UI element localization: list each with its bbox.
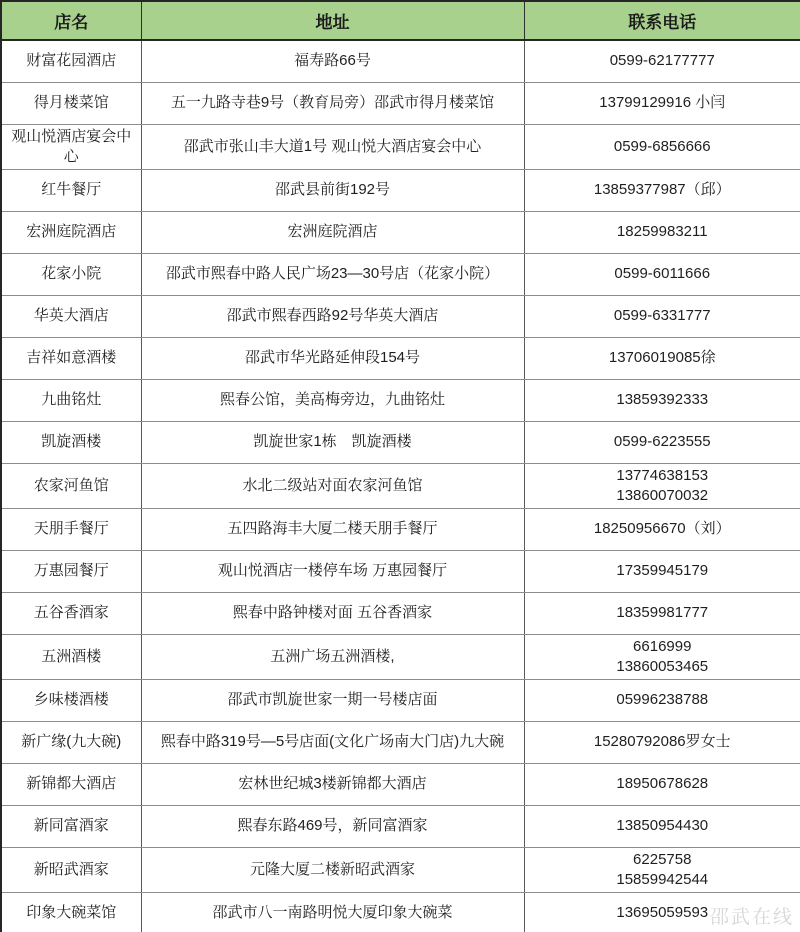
store-name-cell: 万惠园餐厅: [1, 550, 141, 592]
restaurant-contact-table: 店名 地址 联系电话 财富花园酒店 福寿路66号 0599-62177777 得…: [0, 0, 800, 932]
address-cell: 五四路海丰大厦二楼天朋手餐厅: [141, 508, 524, 550]
store-name-cell: 得月楼菜馆: [1, 82, 141, 124]
address-cell: 五一九路寺巷9号（教育局旁）邵武市得月楼菜馆: [141, 82, 524, 124]
table-header: 店名 地址 联系电话: [1, 1, 800, 40]
address-cell: 邵武市张山丰大道1号 观山悦大酒店宴会中心: [141, 124, 524, 169]
store-name-cell: 观山悦酒店宴会中心: [1, 124, 141, 169]
address-cell: 邵武市八一南路明悦大厦印象大碗菜: [141, 892, 524, 932]
phone-cell: 6225758 15859942544: [524, 847, 800, 892]
address-cell: 熙春中路钟楼对面 五谷香酒家: [141, 592, 524, 634]
store-name-cell: 五洲酒楼: [1, 634, 141, 679]
address-cell: 邵武市熙春中路人民广场23—30号店（花家小院）: [141, 253, 524, 295]
phone-cell: 13706019085徐: [524, 337, 800, 379]
phone-cell: 18950678628: [524, 763, 800, 805]
table-row: 农家河鱼馆 水北二级站对面农家河鱼馆 13774638153 138600700…: [1, 463, 800, 508]
store-name-cell: 财富花园酒店: [1, 40, 141, 82]
table-row: 红牛餐厅 邵武县前街192号 13859377987（邱）: [1, 169, 800, 211]
table-row: 花家小院 邵武市熙春中路人民广场23—30号店（花家小院） 0599-60116…: [1, 253, 800, 295]
phone-cell: 05996238788: [524, 679, 800, 721]
phone-cell: 13799129916 小闫: [524, 82, 800, 124]
phone-cell: 13859392333: [524, 379, 800, 421]
phone-cell: 13850954430: [524, 805, 800, 847]
address-cell: 熙春中路319号—5号店面(文化广场南大门店)九大碗: [141, 721, 524, 763]
phone-cell: 0599-6011666: [524, 253, 800, 295]
table-row: 华英大酒店 邵武市熙春西路92号华英大酒店 0599-6331777: [1, 295, 800, 337]
restaurant-contact-page: 店名 地址 联系电话 财富花园酒店 福寿路66号 0599-62177777 得…: [0, 0, 800, 932]
address-cell: 邵武市华光路延伸段154号: [141, 337, 524, 379]
store-name-cell: 华英大酒店: [1, 295, 141, 337]
table-row: 观山悦酒店宴会中心 邵武市张山丰大道1号 观山悦大酒店宴会中心 0599-685…: [1, 124, 800, 169]
phone-cell: 15280792086罗女士: [524, 721, 800, 763]
address-cell: 熙春东路469号，新同富酒家: [141, 805, 524, 847]
store-name-cell: 红牛餐厅: [1, 169, 141, 211]
table-row: 乡味楼酒楼 邵武市凯旋世家一期一号楼店面 05996238788: [1, 679, 800, 721]
table-row: 五谷香酒家 熙春中路钟楼对面 五谷香酒家 18359981777: [1, 592, 800, 634]
table-row: 天朋手餐厅 五四路海丰大厦二楼天朋手餐厅 18250956670（刘）: [1, 508, 800, 550]
table-row: 新广缘(九大碗) 熙春中路319号—5号店面(文化广场南大门店)九大碗 1528…: [1, 721, 800, 763]
store-name-cell: 乡味楼酒楼: [1, 679, 141, 721]
store-name-cell: 凯旋酒楼: [1, 421, 141, 463]
store-name-cell: 五谷香酒家: [1, 592, 141, 634]
table-row: 凯旋酒楼 凯旋世家1栋 凯旋酒楼 0599-6223555: [1, 421, 800, 463]
phone-cell: 0599-62177777: [524, 40, 800, 82]
table-row: 新昭武酒家 元隆大厦二楼新昭武酒家 6225758 15859942544: [1, 847, 800, 892]
address-cell: 凯旋世家1栋 凯旋酒楼: [141, 421, 524, 463]
table-row: 财富花园酒店 福寿路66号 0599-62177777: [1, 40, 800, 82]
store-name-cell: 吉祥如意酒楼: [1, 337, 141, 379]
address-cell: 观山悦酒店一楼停车场 万惠园餐厅: [141, 550, 524, 592]
store-name-cell: 新锦都大酒店: [1, 763, 141, 805]
table-row: 吉祥如意酒楼 邵武市华光路延伸段154号 13706019085徐: [1, 337, 800, 379]
store-name-cell: 印象大碗菜馆: [1, 892, 141, 932]
table-row: 新同富酒家 熙春东路469号，新同富酒家 13850954430: [1, 805, 800, 847]
phone-cell: 13859377987（邱）: [524, 169, 800, 211]
address-cell: 元隆大厦二楼新昭武酒家: [141, 847, 524, 892]
table-body: 财富花园酒店 福寿路66号 0599-62177777 得月楼菜馆 五一九路寺巷…: [1, 40, 800, 932]
phone-cell: 0599-6331777: [524, 295, 800, 337]
column-header-address: 地址: [141, 1, 524, 40]
address-cell: 宏林世纪城3楼新锦都大酒店: [141, 763, 524, 805]
store-name-cell: 宏洲庭院酒店: [1, 211, 141, 253]
address-cell: 邵武县前街192号: [141, 169, 524, 211]
table-row: 五洲酒楼 五洲广场五洲酒楼, 6616999 13860053465: [1, 634, 800, 679]
address-cell: 邵武市凯旋世家一期一号楼店面: [141, 679, 524, 721]
column-header-phone: 联系电话: [524, 1, 800, 40]
column-header-store-name: 店名: [1, 1, 141, 40]
address-cell: 水北二级站对面农家河鱼馆: [141, 463, 524, 508]
phone-cell: 0599-6856666: [524, 124, 800, 169]
table-row: 新锦都大酒店 宏林世纪城3楼新锦都大酒店 18950678628: [1, 763, 800, 805]
phone-cell: 18250956670（刘）: [524, 508, 800, 550]
store-name-cell: 农家河鱼馆: [1, 463, 141, 508]
phone-cell: 13774638153 13860070032: [524, 463, 800, 508]
phone-cell: 17359945179: [524, 550, 800, 592]
phone-cell: 6616999 13860053465: [524, 634, 800, 679]
address-cell: 福寿路66号: [141, 40, 524, 82]
store-name-cell: 新同富酒家: [1, 805, 141, 847]
table-row: 印象大碗菜馆 邵武市八一南路明悦大厦印象大碗菜 13695059593: [1, 892, 800, 932]
table-row: 宏洲庭院酒店 宏洲庭院酒店 18259983211: [1, 211, 800, 253]
address-cell: 邵武市熙春西路92号华英大酒店: [141, 295, 524, 337]
table-row: 得月楼菜馆 五一九路寺巷9号（教育局旁）邵武市得月楼菜馆 13799129916…: [1, 82, 800, 124]
store-name-cell: 新昭武酒家: [1, 847, 141, 892]
address-cell: 宏洲庭院酒店: [141, 211, 524, 253]
phone-cell: 0599-6223555: [524, 421, 800, 463]
phone-cell: 18259983211: [524, 211, 800, 253]
store-name-cell: 花家小院: [1, 253, 141, 295]
phone-cell: 18359981777: [524, 592, 800, 634]
store-name-cell: 天朋手餐厅: [1, 508, 141, 550]
address-cell: 熙春公馆，美高梅旁边，九曲铭灶: [141, 379, 524, 421]
store-name-cell: 新广缘(九大碗): [1, 721, 141, 763]
table-row: 万惠园餐厅 观山悦酒店一楼停车场 万惠园餐厅 17359945179: [1, 550, 800, 592]
address-cell: 五洲广场五洲酒楼,: [141, 634, 524, 679]
phone-cell: 13695059593: [524, 892, 800, 932]
table-row: 九曲铭灶 熙春公馆，美高梅旁边，九曲铭灶 13859392333: [1, 379, 800, 421]
store-name-cell: 九曲铭灶: [1, 379, 141, 421]
header-row: 店名 地址 联系电话: [1, 1, 800, 40]
